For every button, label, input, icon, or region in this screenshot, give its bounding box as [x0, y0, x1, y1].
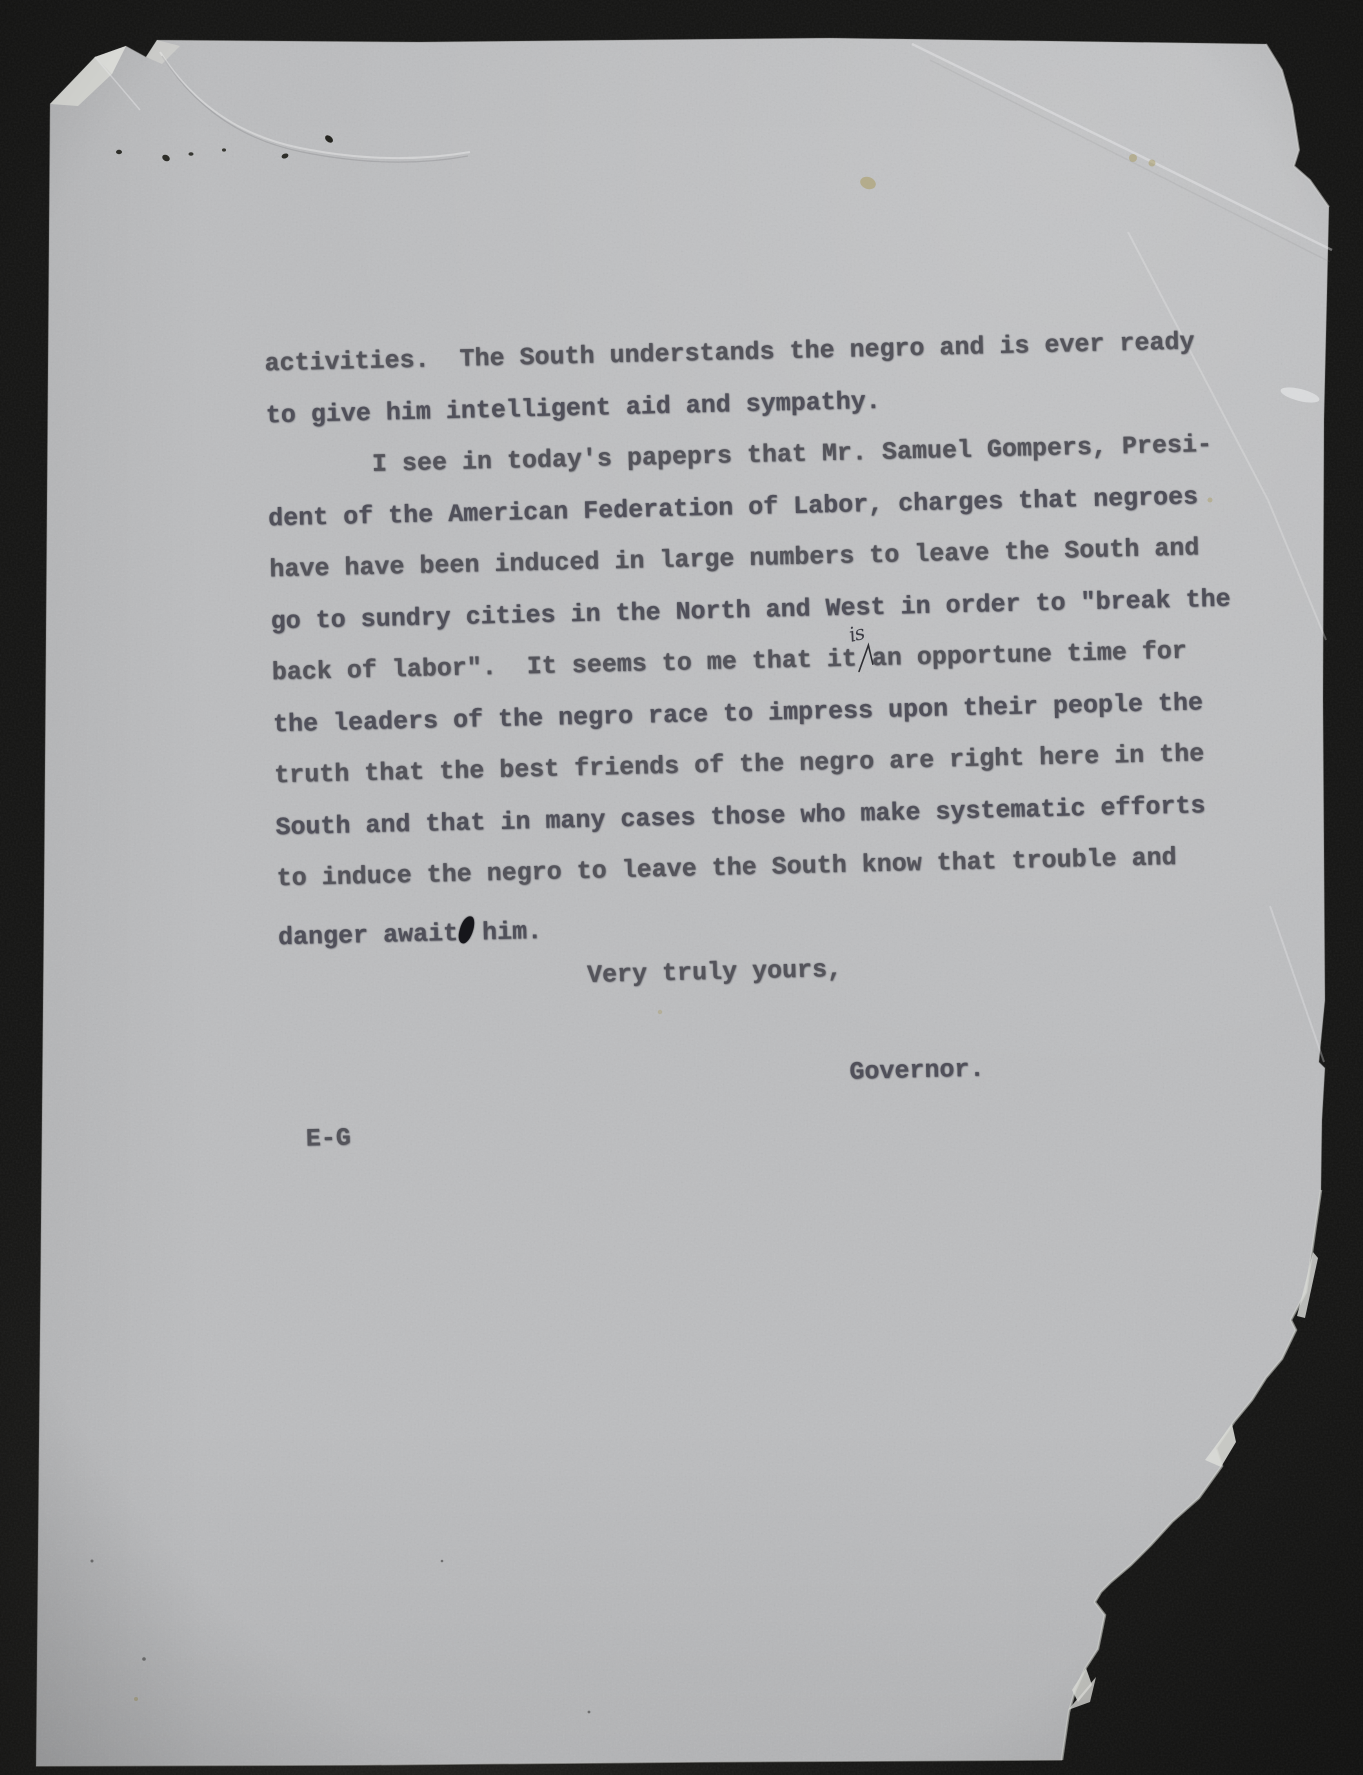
- scanned-letter-page: activities. The South understands the ne…: [0, 0, 1363, 1775]
- line7-text-after: an opportune time for: [871, 637, 1187, 673]
- line7-text-before: back of labor". It seems to me that it: [272, 645, 858, 688]
- signature-line: Governor.: [849, 1055, 985, 1088]
- typist-initials: E-G: [306, 1124, 352, 1155]
- ink-blot-strikeover: [457, 914, 477, 944]
- line12-text-after: him.: [482, 917, 543, 947]
- letter-text-block: activities. The South understands the ne…: [264, 327, 1235, 1249]
- letter-line-6: go to sundry cities in the North and Wes…: [270, 584, 1231, 637]
- letter-line-7: back of labor". It seems to me that itis…: [272, 637, 1188, 689]
- handwritten-insertion: is: [856, 644, 872, 674]
- letter-line-9: truth that the best friends of the negro…: [274, 739, 1205, 791]
- letter-line-3: I see in today's papeprs that Mr. Samuel…: [267, 430, 1213, 482]
- letter-line-5: have have been induced in large numbers …: [269, 533, 1200, 585]
- line12-text-before: danger await: [278, 918, 459, 951]
- letter-line-11: to induce the negro to leave the South k…: [276, 843, 1177, 894]
- letter-line-10: South and that in many cases those who m…: [275, 791, 1206, 843]
- insertion-caret-icon: [857, 642, 874, 672]
- closing-line: Very truly yours,: [587, 955, 843, 991]
- letter-line-8: the leaders of the negro race to impress…: [273, 688, 1204, 740]
- letter-line-12: danger awaithim.: [278, 910, 543, 953]
- letter-line-2: to give him intelligent aid and sympathy…: [265, 386, 881, 430]
- letter-line-4: dent of the American Federation of Labor…: [268, 482, 1199, 534]
